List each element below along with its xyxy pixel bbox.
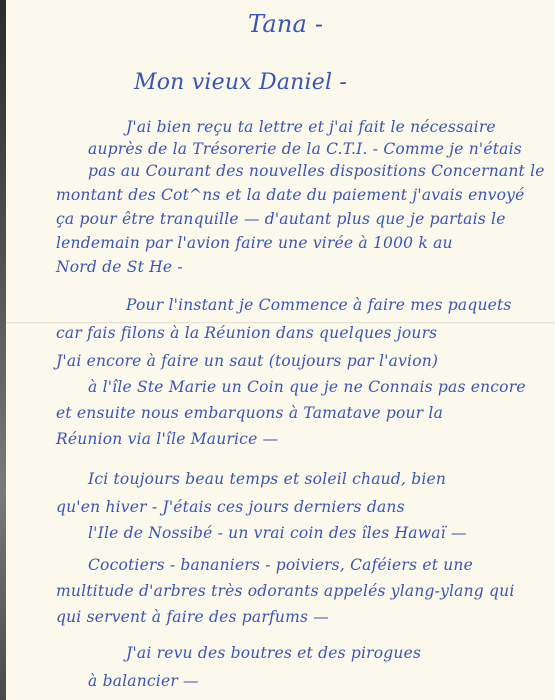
letter-line: Nord de St He - bbox=[56, 258, 183, 276]
letter-line: l'Ile de Nossibé - un vrai coin des îles… bbox=[88, 524, 467, 542]
letter-line: car fais filons à la Réunion dans quelqu… bbox=[56, 324, 437, 342]
letter-line: J'ai revu des boutres et des pirogues bbox=[126, 644, 421, 662]
letter-line: qui servent à faire des parfums — bbox=[56, 608, 329, 626]
letter-line: à balancier — bbox=[88, 672, 199, 690]
letter-line: multitude d'arbres très odorants appelés… bbox=[56, 582, 515, 600]
letter-line: J'ai bien reçu ta lettre et j'ai fait le… bbox=[126, 118, 496, 136]
letter-line: pas au Courant des nouvelles disposition… bbox=[88, 162, 545, 180]
letter-line: Ici toujours beau temps et soleil chaud,… bbox=[88, 470, 446, 488]
letter-page: Tana - Mon vieux Daniel - J'ai bien reçu… bbox=[6, 0, 555, 700]
letter-line: auprès de la Trésorerie de la C.T.I. - C… bbox=[88, 140, 522, 158]
letter-line: ça pour être tranquille — d'autant plus … bbox=[56, 210, 506, 228]
letter-line: lendemain par l'avion faire une virée à … bbox=[56, 234, 453, 252]
letter-line: Réunion via l'île Maurice — bbox=[56, 430, 278, 448]
letter-line: à l'île Ste Marie un Coin que je ne Conn… bbox=[88, 378, 526, 396]
letter-place: Tana - bbox=[248, 10, 323, 38]
letter-line: montant des Cot^ns et la date du paiemen… bbox=[56, 186, 524, 204]
letter-salutation: Mon vieux Daniel - bbox=[134, 70, 347, 95]
letter-line: qu'en hiver - J'étais ces jours derniers… bbox=[56, 498, 405, 516]
letter-line: Pour l'instant je Commence à faire mes p… bbox=[126, 296, 512, 314]
letter-line: et ensuite nous embarquons à Tamatave po… bbox=[56, 404, 443, 422]
letter-line: Cocotiers - bananiers - poiviers, Caféie… bbox=[88, 556, 473, 574]
letter-line: J'ai encore à faire un saut (toujours pa… bbox=[56, 352, 438, 370]
